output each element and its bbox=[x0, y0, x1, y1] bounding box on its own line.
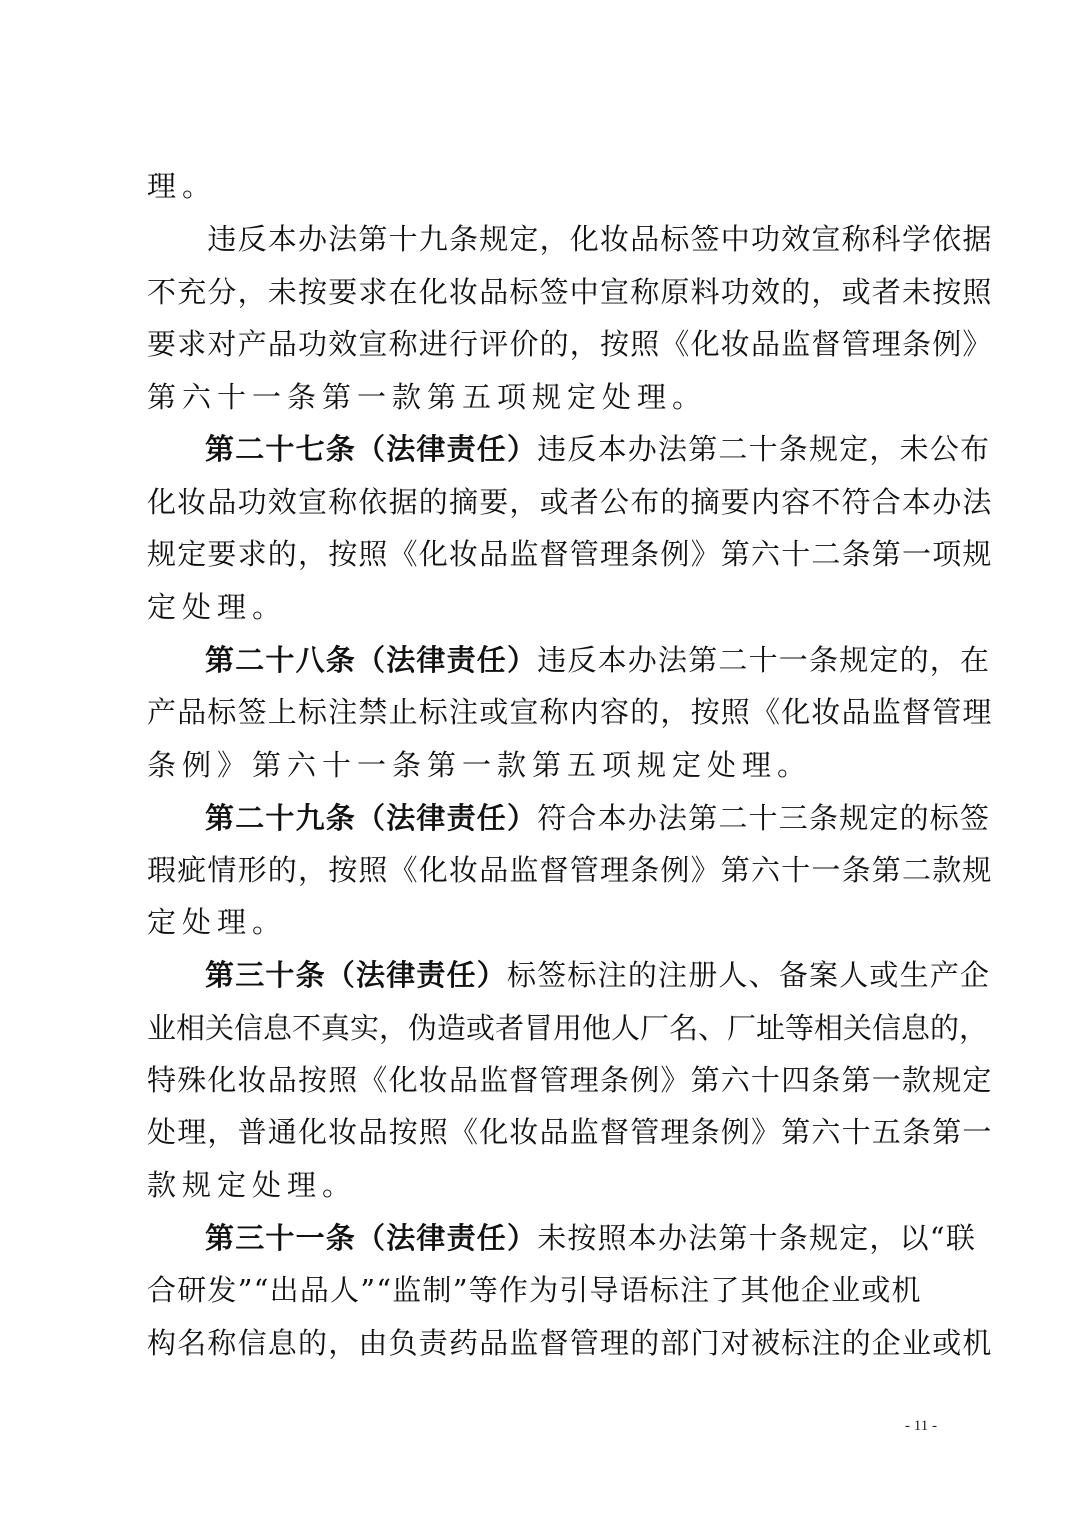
text-line: 规定要求的，按照《化妆品监督管理条例》第六十二条第一项规 bbox=[147, 528, 947, 580]
line-text: 理。 bbox=[147, 160, 217, 212]
text-line: 瑕疵情形的，按照《化妆品监督管理条例》第六十一条第二款规 bbox=[147, 844, 947, 896]
line-text: 处理，普通化妆品按照《化妆品监督管理条例》第六十五条第一 bbox=[147, 1106, 993, 1158]
text-line: 不充分，未按要求在化妆品标签中宣称原料功效的，或者未按照 bbox=[147, 266, 947, 318]
line-text: 定处理。 bbox=[147, 581, 287, 633]
text-line: 理。 bbox=[147, 160, 947, 212]
line-text: 违反本办法第二十条规定，未公布 bbox=[537, 432, 990, 466]
text-line: 定处理。 bbox=[147, 581, 947, 633]
text-line: 业相关信息不真实，伪造或者冒用他人厂名、厂址等相关信息的， bbox=[147, 1002, 947, 1054]
line-text: 合研发”“出品人”“监制”等作为引导语标注了其他企业或机 bbox=[147, 1264, 922, 1316]
line-text: 产品标签上标注禁止标注或宣称内容的，按照《化妆品监督管理 bbox=[147, 686, 993, 738]
line-text: 定处理。 bbox=[147, 896, 287, 948]
article-heading: 第三十条（法律责任） bbox=[205, 958, 507, 992]
article-29-first-line: 第二十九条（法律责任）符合本办法第二十三条规定的标签 bbox=[147, 792, 947, 844]
line-text: 特殊化妆品按照《化妆品监督管理条例》第六十四条第一款规定 bbox=[147, 1054, 993, 1106]
article-heading: 第二十九条（法律责任） bbox=[205, 801, 537, 835]
article-31-first-line: 第三十一条（法律责任）未按照本办法第十条规定，以“联 bbox=[147, 1212, 947, 1264]
line-text: 业相关信息不真实，伪造或者冒用他人厂名、厂址等相关信息的， bbox=[147, 1002, 988, 1054]
line-text: 条例》第六十一条第一款第五项规定处理。 bbox=[147, 739, 812, 791]
text-line: 化妆品功效宣称依据的摘要，或者公布的摘要内容不符合本办法 bbox=[147, 476, 947, 528]
text-line: 构名称信息的，由负责药品监督管理的部门对被标注的企业或机 bbox=[147, 1317, 947, 1369]
article-28-first-line: 第二十八条（法律责任）违反本办法第二十一条规定的，在 bbox=[147, 634, 947, 686]
text-line: 第六十一条第一款第五项规定处理。 bbox=[147, 371, 947, 423]
article-heading: 第二十七条（法律责任） bbox=[205, 432, 537, 466]
text-line: 产品标签上标注禁止标注或宣称内容的，按照《化妆品监督管理 bbox=[147, 686, 947, 738]
page-number: - 11 - bbox=[905, 1418, 937, 1435]
line-text: 符合本办法第二十三条规定的标签 bbox=[537, 801, 990, 835]
line-text: 未按照本办法第十条规定，以“联 bbox=[537, 1221, 976, 1255]
article-heading: 第二十八条（法律责任） bbox=[205, 643, 537, 677]
line-text: 违反本办法第十九条规定，化妆品标签中功效宣称科学依据 bbox=[147, 213, 993, 265]
line-text: 不充分，未按要求在化妆品标签中宣称原料功效的，或者未按照 bbox=[147, 266, 993, 318]
line-text: 违反本办法第二十一条规定的，在 bbox=[537, 643, 990, 677]
text-line: 条例》第六十一条第一款第五项规定处理。 bbox=[147, 739, 947, 791]
line-text: 规定要求的，按照《化妆品监督管理条例》第六十二条第一项规 bbox=[147, 528, 993, 580]
line-text: 化妆品功效宣称依据的摘要，或者公布的摘要内容不符合本办法 bbox=[147, 476, 993, 528]
text-line: 违反本办法第十九条规定，化妆品标签中功效宣称科学依据 bbox=[147, 213, 947, 265]
line-text: 第六十一条第一款第五项规定处理。 bbox=[147, 371, 707, 423]
article-heading: 第三十一条（法律责任） bbox=[205, 1221, 537, 1255]
article-27-first-line: 第二十七条（法律责任）违反本办法第二十条规定，未公布 bbox=[147, 423, 947, 475]
text-line: 款规定处理。 bbox=[147, 1159, 947, 1211]
text-line: 定处理。 bbox=[147, 896, 947, 948]
article-30-first-line: 第三十条（法律责任）标签标注的注册人、备案人或生产企 bbox=[147, 949, 947, 1001]
line-text: 标签标注的注册人、备案人或生产企 bbox=[507, 958, 990, 992]
line-text: 要求对产品功效宣称进行评价的，按照《化妆品监督管理条例》 bbox=[147, 318, 993, 370]
text-line: 处理，普通化妆品按照《化妆品监督管理条例》第六十五条第一 bbox=[147, 1106, 947, 1158]
line-text: 构名称信息的，由负责药品监督管理的部门对被标注的企业或机 bbox=[147, 1317, 993, 1369]
document-page: 理。 违反本办法第十九条规定，化妆品标签中功效宣称科学依据 不充分，未按要求在化… bbox=[0, 0, 1080, 1528]
line-text: 瑕疵情形的，按照《化妆品监督管理条例》第六十一条第二款规 bbox=[147, 844, 993, 896]
text-line: 要求对产品功效宣称进行评价的，按照《化妆品监督管理条例》 bbox=[147, 318, 947, 370]
text-line: 合研发”“出品人”“监制”等作为引导语标注了其他企业或机 bbox=[147, 1264, 947, 1316]
text-line: 特殊化妆品按照《化妆品监督管理条例》第六十四条第一款规定 bbox=[147, 1054, 947, 1106]
line-text: 款规定处理。 bbox=[147, 1159, 357, 1211]
